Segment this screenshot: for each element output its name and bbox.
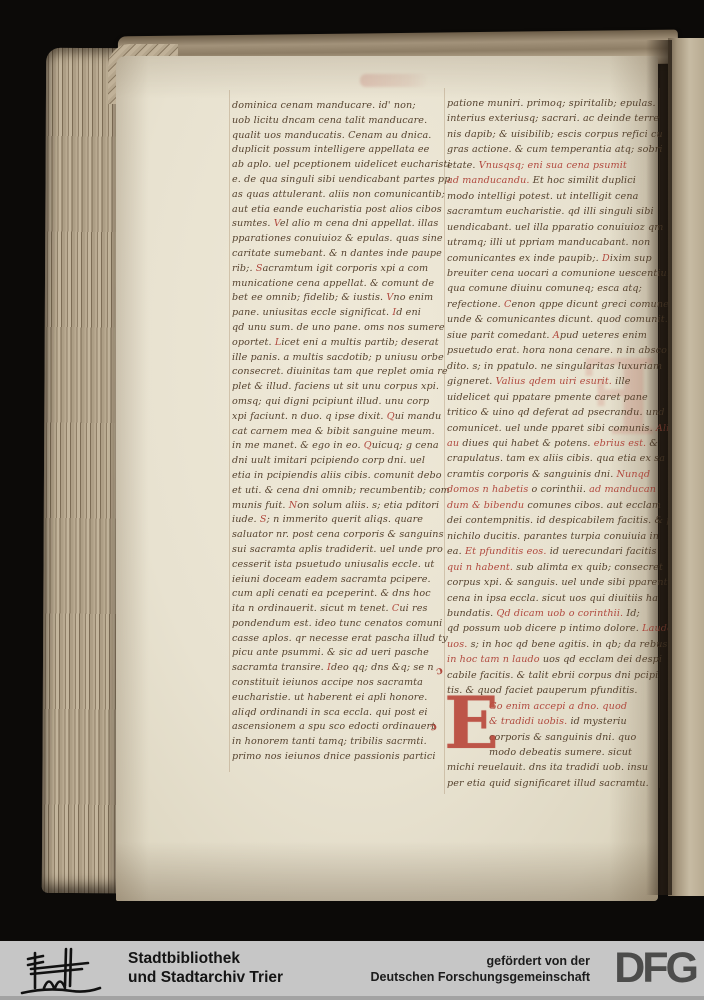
manuscript-line: aut etia eande eucharistia post alios ci… [232,203,444,218]
manuscript-line: pane. uniusitas eccle significat. Id eni [232,306,444,321]
manuscript-line: constituit ieiunos accipe nos sacramta [232,676,444,691]
manuscript-line: modo intelligi potest. ut intelligit cen… [447,189,658,204]
manuscript-line: ieiuni doceam eadem sacramta pcipere. [232,573,444,588]
manuscript-line: dum & bibendu comunes cibos. aut ecclam [447,498,658,513]
manuscript-line: ad manducandu. Et hoc similit duplici [447,173,658,188]
manuscript-line: cat carnem mea & bibit sanguine meum. [232,425,444,440]
red-drop-cap-initial: E [444,688,488,766]
funding-line2: Deutschen Forschungsgemeinschaft [371,970,591,986]
footer-banner: Stadtbibliothek und Stadtarchiv Trier ge… [0,941,704,1000]
stadtbibliothek-trier-logo-icon [20,947,102,995]
gutter-shadow [646,40,672,895]
manuscript-line: dominica cenam manducare. id' non; [232,99,444,114]
manuscript-line: ascensionem a spu sco edocti ordinauert [232,720,444,735]
manuscript-line: ab aplo. uel pceptionem uidelicet euchar… [232,158,444,173]
manuscript-line: patione muniri. primoq; spiritalib; epul… [447,96,658,111]
manuscript-line: ea. Et pfunditis eos. id uerecundari fac… [447,544,658,559]
manuscript-line: xpi faciunt. n duo. q ipse dixit. Qui ma… [232,410,444,425]
manuscript-line: sacramta transire. Ideo qq; dns &q; se n [232,661,444,676]
manuscript-line: plet & illud. faciens ut sit unu corpus … [232,380,444,395]
manuscript-line: breuiter cena uocari a comunione uescent… [447,266,658,281]
manuscript-line: in honorem tanti tamq; tribilis sacrmti. [232,735,444,750]
manuscript-line: cena in ipsa eccla. sicut uos qui diuiti… [447,591,658,606]
manuscript-line: as quas attulerant. aliis non comunicant… [232,188,444,203]
manuscript-line: e. de qua singuli sibi uendicabant parte… [232,173,444,188]
funding-line1: gefördert von der [371,954,591,970]
manuscript-line: uendicabant. uel illa pparatio conuiuioz… [447,220,658,235]
manuscript-line: ille panis. a multis sacdotib; p uniusu … [232,351,444,366]
manuscript-line: eucharistie. ut haberent ei apli honore. [232,691,444,706]
manuscript-line: corpus xpi. & sanguis. uel unde sibi ppa… [447,575,658,590]
manuscript-line: interius exteriusq; sacrari. ac deinde t… [447,111,658,126]
manuscript-line: pondendum est. ideo tunc cenatos comuni [232,617,444,632]
manuscript-line: primo nos ieiunos dnice passionis partic… [232,750,444,765]
library-name-line2: und Stadtarchiv Trier [128,969,283,988]
manuscript-line: uob licitu dncam cena talit manducare. [232,114,444,129]
manuscript-line: cesserit ista psuetudo uniusalis eccle. … [232,558,444,573]
manuscript-line: domos n habetis o corinthii. ad manducan [447,482,658,497]
manuscript-line: picu ante psummi. & sic ad ueri pasche [232,646,444,661]
ruling-line-left [229,90,230,772]
footer-bottom-strip [0,996,704,1000]
manuscript-line: gigneret. Valius qdem uiri esurit. ille [447,374,658,389]
manuscript-line: oportet. Licet eni a multis partib; dese… [232,336,444,351]
manuscript-line: ita n ordinauerit. sicut m tenet. Cui re… [232,602,444,617]
manuscript-line: gras actione. & cum temperantia atq; sob… [447,142,658,157]
manuscript-line: qua comune diuinu comuneq; esca atq; [447,281,658,296]
manuscript-line: dito. s; in ppatulo. ne singularitas lux… [447,359,658,374]
manuscript-line: etate. Vnusqsq; eni sua cena psumit [447,158,658,173]
manuscript-line: utramq; illi ut ppriam manducabant. non [447,235,658,250]
manuscript-line: comunicet. uel unde pparet sibi comunis.… [447,421,658,436]
book-page-edge-stack [42,48,122,893]
funding-credit: gefördert von der Deutschen Forschungsge… [371,954,591,985]
manuscript-line: comunicantes ex inde paupib;. Dixim sup [447,251,658,266]
manuscript-line: psuetudo erat. hora nona cenare. n in ab… [447,343,658,358]
manuscript-line: et uti. & cena dni omnib; recumbentib; c… [232,484,444,499]
facing-page-edge [668,38,704,896]
manuscript-line: dni uult imitari pcipiendo corp dni. uel [232,454,444,469]
manuscript-line: uidelicet qui ppatare pmente caret pane [447,390,658,405]
manuscript-line: saluator nr. post cena corporis & sangui… [232,528,444,543]
manuscript-line: unde & comunicantes dicunt. quod comunit… [447,312,658,327]
manuscript-line: sacramtum eucharistie. qd illi singuli s… [447,204,658,219]
manuscript-line: pparationes conuiuioz & epulas. quas sin… [232,232,444,247]
manuscript-line: aliqd ordinandi in sca eccla. qui post e… [232,706,444,721]
manuscript-line: iude. S; n immerito querit aliqs. quare [232,513,444,528]
manuscript-line: rib;. Sacramtum igit corporis xpi a com [232,262,444,277]
manuscript-line: duplicit possum intelligere appellata ee [232,143,444,158]
manuscript-line: per etia quid significaret illud sacramt… [447,776,658,791]
manuscript-line: municatione cena appellat. & comunt de [232,277,444,292]
manuscript-line: qui n habent. sub alimta ex quib; consec… [447,560,658,575]
manuscript-scan-page: F dominica cenam manducare. id' non;uob … [0,0,704,1000]
library-name: Stadtbibliothek und Stadtarchiv Trier [128,950,283,987]
manuscript-line: nis dapib; & uisibilib; escis corpus ref… [447,127,658,142]
manuscript-line: tritico & uino qd deferat ad psecrandu. … [447,405,658,420]
manuscript-line: etia in pcipiendis aliis cibis. comunit … [232,469,444,484]
manuscript-line: munis fuit. Non solum aliis. s; etia pdi… [232,499,444,514]
manuscript-line: siue parit comedant. Apud ueteres enim [447,328,658,343]
manuscript-line: qualit uos manducatis. Cenam au dnica. [232,129,444,144]
show-through-mark [360,74,428,87]
manuscript-line: uos. s; in hoc qd bene agitis. in qb; da… [447,637,658,652]
manuscript-line: nichilo ducitis. parantes turpia conuiui… [447,529,658,544]
manuscript-line: qd unu sum. de uno pane. oms nos sumere [232,321,444,336]
manuscript-line: bundatis. Qd dicam uob o corinthii. Id; [447,606,658,621]
manuscript-line: crapulatus. tam ex aliis cibis. qua etia… [447,451,658,466]
manuscript-line: omsq; qui digni pcipiunt illud. unu corp [232,395,444,410]
manuscript-line: in me manet. & ego in eo. Quicuq; g cena [232,439,444,454]
dfg-logo: DFG [614,944,696,993]
text-column-left: dominica cenam manducare. id' non;uob li… [232,99,444,765]
manuscript-line: caritate sumebant. & n dantes inde paupe [232,247,444,262]
manuscript-line: refectione. Cenon qppe dicunt greci comu… [447,297,658,312]
manuscript-line: in hoc tam n laudo uos qd ecclam dei des… [447,652,658,667]
manuscript-line: bet ee omnib; fidelib; & iustis. Vno eni… [232,291,444,306]
manuscript-line: casse aplos. qr necesse erat pascha illu… [232,632,444,647]
manuscript-line: qd possum uob dicere p intimo dolore. La… [447,621,658,636]
manuscript-line: consecret. diuinitas tam que replet omia… [232,365,444,380]
manuscript-line: au diues qui habet & potens. ebrius est.… [447,436,658,451]
manuscript-line: sui sacramta aplis tradiderit. uel unde … [232,543,444,558]
manuscript-line: cum apli cenati ea pceperint. & dns hoc [232,587,444,602]
manuscript-line: sumtes. Vel alio m cena dni appellat. il… [232,217,444,232]
library-name-line1: Stadtbibliothek [128,950,283,969]
manuscript-line: dei contempnitis. id despicabilem faciti… [447,513,658,528]
manuscript-line: cramtis corporis & sanguinis dni. Nunqd [447,467,658,482]
